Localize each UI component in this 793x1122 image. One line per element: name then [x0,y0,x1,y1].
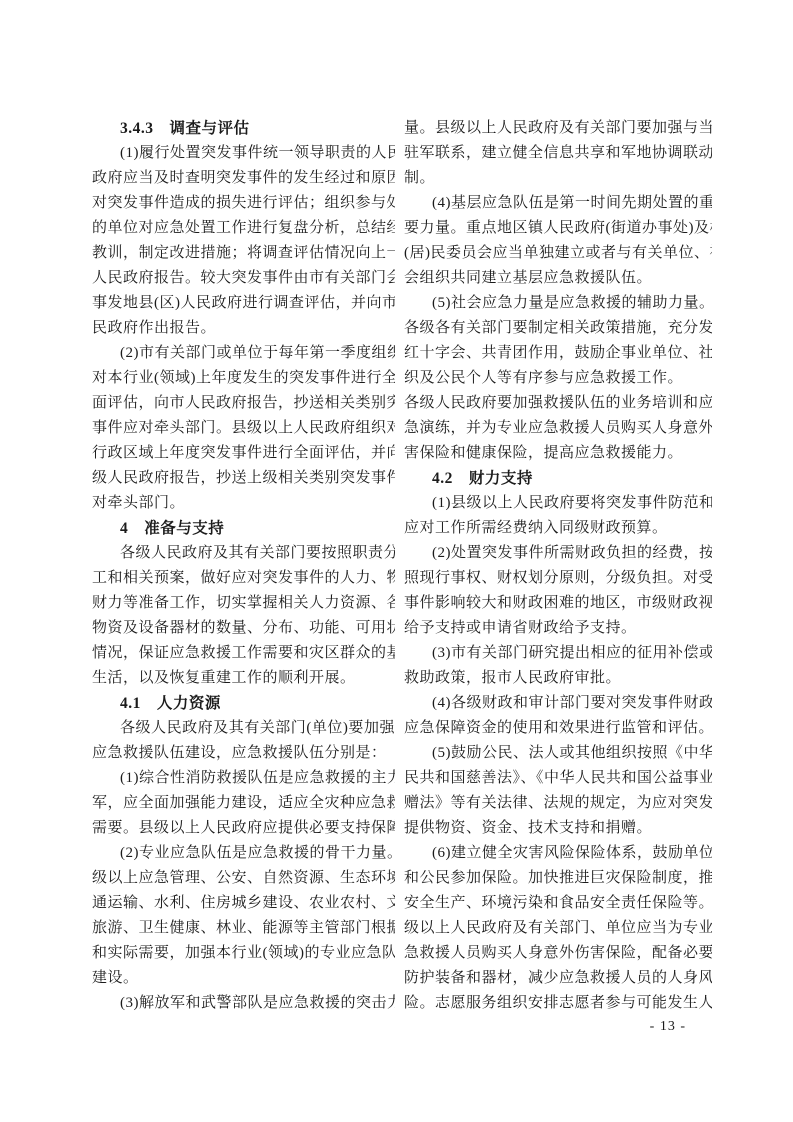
text-line: 教训，制定改进措施；将调查评估情况向上一级 [92,241,395,266]
text-line: 安全生产、环境污染和食品安全责任保险等。县 [404,891,712,916]
text-line: (3)解放军和武警部队是应急救援的突击力 [92,991,395,1016]
text-line: (4)基层应急队伍是第一时间先期处置的重 [404,191,712,216]
text-line: 和公民参加保险。加快推进巨灾保险制度，推行 [404,866,712,891]
text-line: (3)市有关部门研究提出相应的征用补偿或 [404,641,712,666]
text-line: 需要。县级以上人民政府应提供必要支持保障。 [92,816,395,841]
document-page: 3.4.3 调查与评估(1)履行处置突发事件统一领导职责的人民政府应当及时查明突… [0,0,793,1122]
text-line: 财力等准备工作，切实掌握相关人力资源、各类 [92,591,395,616]
text-line: 制。 [404,166,712,191]
text-line: 对突发事件造成的损失进行评估；组织参与处置 [92,191,395,216]
text-line: 应急救援队伍建设，应急救援队伍分别是： [92,741,395,766]
text-line: 害保险和健康保险，提高应急救援能力。 [404,441,712,466]
section-heading: 4.1 人力资源 [92,691,395,716]
text-line: 和实际需要，加强本行业(领域)的专业应急队伍 [92,941,395,966]
text-line: 救助政策，报市人民政府审批。 [404,666,712,691]
text-line: 生活，以及恢复重建工作的顺利开展。 [92,666,395,691]
text-line: 通运输、水利、住房城乡建设、农业农村、文化和 [92,891,395,916]
text-line: (1)综合性消防救援队伍是应急救援的主力 [92,766,395,791]
text-line: 级以上应急管理、公安、自然资源、生态环境、交 [92,866,395,891]
text-line: 各级人民政府及其有关部门要按照职责分 [92,541,395,566]
text-line: (6)建立健全灾害风险保险体系，鼓励单位 [404,841,712,866]
section-heading: 3.4.3 调查与评估 [92,116,395,141]
text-line: (4)各级财政和审计部门要对突发事件财政 [404,691,712,716]
text-line: 级人民政府报告，抄送上级相关类别突发事件应 [92,466,395,491]
text-line: 各级人民政府及其有关部门(单位)要加强 [92,716,395,741]
text-line: 会组织共同建立基层应急救援队伍。 [404,266,712,291]
text-column-right: 量。县级以上人民政府及有关部门要加强与当地驻军联系，建立健全信息共享和军地协调联… [404,116,712,1016]
text-line: (5)社会应急力量是应急救援的辅助力量。 [404,291,712,316]
text-line: 事发地县(区)人民政府进行调查评估，并向市人 [92,291,395,316]
text-line: 政府应当及时查明突发事件的发生经过和原因， [92,166,395,191]
text-line: 建设。 [92,966,395,991]
text-line: 对本行业(领域)上年度发生的突发事件进行全 [92,366,395,391]
text-line: 给予支持或申请省财政给予支持。 [404,616,712,641]
text-line: 量。县级以上人民政府及有关部门要加强与当地 [404,116,712,141]
text-line: 民政府作出报告。 [92,316,395,341]
text-line: 红十字会、共青团作用，鼓励企事业单位、社会组 [404,341,712,366]
text-line: (1)县级以上人民政府要将突发事件防范和 [404,491,712,516]
text-line: 级以上人民政府及有关部门、单位应当为专业应 [404,916,712,941]
text-line: 各级各有关部门要制定相关政策措施，充分发挥 [404,316,712,341]
text-line: 物资及设备器材的数量、分布、功能、可用状态等 [92,616,395,641]
text-line: 要力量。重点地区镇人民政府(街道办事处)及村 [404,216,712,241]
text-line: (2)专业应急队伍是应急救援的骨干力量。县 [92,841,395,866]
text-line: 赠法》等有关法律、法规的规定，为应对突发事件 [404,791,712,816]
text-line: 各级人民政府要加强救援队伍的业务培训和应 [404,391,712,416]
text-line: 照现行事权、财权划分原则，分级负担。对受突发 [404,566,712,591]
text-line: 对牵头部门。 [92,491,395,516]
text-line: 面评估，向市人民政府报告，抄送相关类别突发 [92,391,395,416]
text-line: 应急保障资金的使用和效果进行监管和评估。 [404,716,712,741]
text-line: 险。志愿服务组织安排志愿者参与可能发生人身 [404,991,712,1016]
text-line: 的单位对应急处置工作进行复盘分析，总结经验 [92,216,395,241]
text-line: (5)鼓励公民、法人或其他组织按照《中华人 [404,741,712,766]
text-line: 行政区域上年度突发事件进行全面评估，并向上 [92,441,395,466]
text-line: 事件影响较大和财政困难的地区，市级财政视情 [404,591,712,616]
text-line: 人民政府报告。较大突发事件由市有关部门会同 [92,266,395,291]
text-line: 应对工作所需经费纳入同级财政预算。 [404,516,712,541]
text-line: (1)履行处置突发事件统一领导职责的人民 [92,141,395,166]
section-heading: 4.2 财力支持 [404,466,712,491]
page-number: - 13 - [404,1014,712,1039]
text-line: (居)民委员会应当单独建立或者与有关单位、社 [404,241,712,266]
text-line: 事件应对牵头部门。县级以上人民政府组织对本 [92,416,395,441]
text-line: (2)处置突发事件所需财政负担的经费，按 [404,541,712,566]
text-line: 防护装备和器材，减少应急救援人员的人身风 [404,966,712,991]
text-line: 军，应全面加强能力建设，适应全灾种应急救援 [92,791,395,816]
text-line: 急救援人员购买人身意外伤害保险，配备必要的 [404,941,712,966]
text-column-left: 3.4.3 调查与评估(1)履行处置突发事件统一领导职责的人民政府应当及时查明突… [92,116,395,1016]
text-line: 工和相关预案，做好应对突发事件的人力、物力、 [92,566,395,591]
text-line: (2)市有关部门或单位于每年第一季度组织 [92,341,395,366]
text-line: 提供物资、资金、技术支持和捐赠。 [404,816,712,841]
text-line: 织及公民个人等有序参与应急救援工作。 [404,366,712,391]
section-heading: 4 准备与支持 [92,516,395,541]
text-line: 急演练，并为专业应急救援人员购买人身意外伤 [404,416,712,441]
text-line: 情况，保证应急救援工作需要和灾区群众的基本 [92,641,395,666]
text-line: 民共和国慈善法》、《中华人民共和国公益事业捐 [404,766,712,791]
text-line: 旅游、卫生健康、林业、能源等主管部门根据职能 [92,916,395,941]
text-line: 驻军联系，建立健全信息共享和军地协调联动机 [404,141,712,166]
